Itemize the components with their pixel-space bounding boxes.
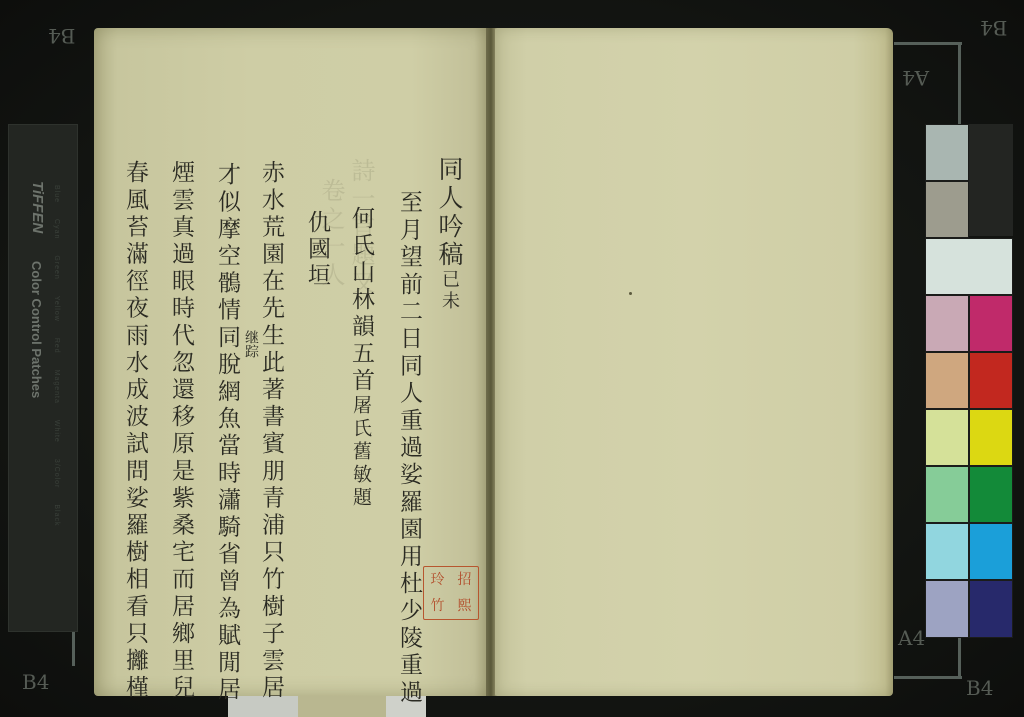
patch-light-red xyxy=(925,352,969,409)
tiffen-color-control-strip: TiFFEN Color Control Patches Blue Cyan G… xyxy=(8,124,78,632)
patch-yellow xyxy=(969,409,1013,466)
patch-light-gray xyxy=(925,124,969,181)
size-marker-b4-top-left: B4 xyxy=(48,24,75,48)
size-marker-b4-top-right: B4 xyxy=(980,16,1007,40)
text-column-5: 赤水荒園在先生此著書賓朋青浦只竹樹子雲居 xyxy=(256,160,286,702)
patch-green xyxy=(969,466,1013,523)
a4-guide-bottom xyxy=(894,676,962,683)
patch-white xyxy=(925,238,1013,295)
size-marker-a4-top-right: A4 xyxy=(902,66,929,90)
text-column-8: 春風苔滿徑夜雨水成波試問娑羅樹相看只攡槿 xyxy=(120,160,150,702)
patch-light-green xyxy=(925,466,969,523)
text-column-title: 同人吟稿已未 xyxy=(434,156,464,312)
patch-cyan xyxy=(969,523,1013,580)
collection-title: 同人吟稿 xyxy=(435,156,464,270)
seal-char: 熙 xyxy=(451,593,478,619)
paper-speck xyxy=(629,292,632,295)
right-page xyxy=(495,28,893,696)
author-name: 仇國垣 xyxy=(302,210,332,289)
patch-light-yellow xyxy=(925,409,969,466)
patch-light-blue xyxy=(925,580,969,638)
poem-heading: 何氏山林韻五首 xyxy=(348,206,374,395)
size-marker-b4-bottom-left: B4 xyxy=(22,670,49,694)
seal-char: 竹 xyxy=(424,593,451,619)
text-column-7: 煙雲真過眼時代忽還移原是紫桑宅而居鄉里兒 xyxy=(166,160,196,702)
color-checker xyxy=(925,124,1013,638)
a4-guide-right-top xyxy=(958,42,965,126)
seal-char: 玲 xyxy=(424,567,451,593)
size-marker-a4-bottom-right: A4 xyxy=(898,626,925,650)
patch-light-magenta xyxy=(925,295,969,352)
tiffen-title: Color Control Patches xyxy=(29,261,44,398)
text-column-2: 至月望前二日同人重過娑羅園用杜少陵重過 xyxy=(394,190,424,707)
a4-guide-top xyxy=(894,42,962,49)
text-column-6: 才似摩空鶻情同脫網魚當時瀟騎省曾為賦閒居 xyxy=(212,162,242,704)
text-column-3: 何氏山林韻五首屠氏舊敏題 xyxy=(346,206,376,510)
a4-guide-right-bottom xyxy=(958,636,965,676)
title-year-note: 已未 xyxy=(439,270,460,313)
bookmark-tab xyxy=(298,694,386,717)
tiffen-brand: TiFFEN xyxy=(29,181,46,233)
patch-light-cyan xyxy=(925,523,969,580)
patch-magenta xyxy=(969,295,1013,352)
red-seal-stamp: 招 熙 玲 竹 xyxy=(423,566,479,620)
patch-mid-gray xyxy=(925,181,969,238)
poem-heading-note: 屠氏舊敏題 xyxy=(350,395,372,510)
seal-char: 招 xyxy=(451,567,478,593)
patch-red xyxy=(969,352,1013,409)
a4-guide-left-bottom xyxy=(72,630,79,666)
size-marker-b4-bottom-right: B4 xyxy=(966,676,993,700)
tiffen-patch-labels: Blue Cyan Green Yellow Red Magenta White… xyxy=(53,185,60,527)
patch-blue xyxy=(969,580,1013,638)
